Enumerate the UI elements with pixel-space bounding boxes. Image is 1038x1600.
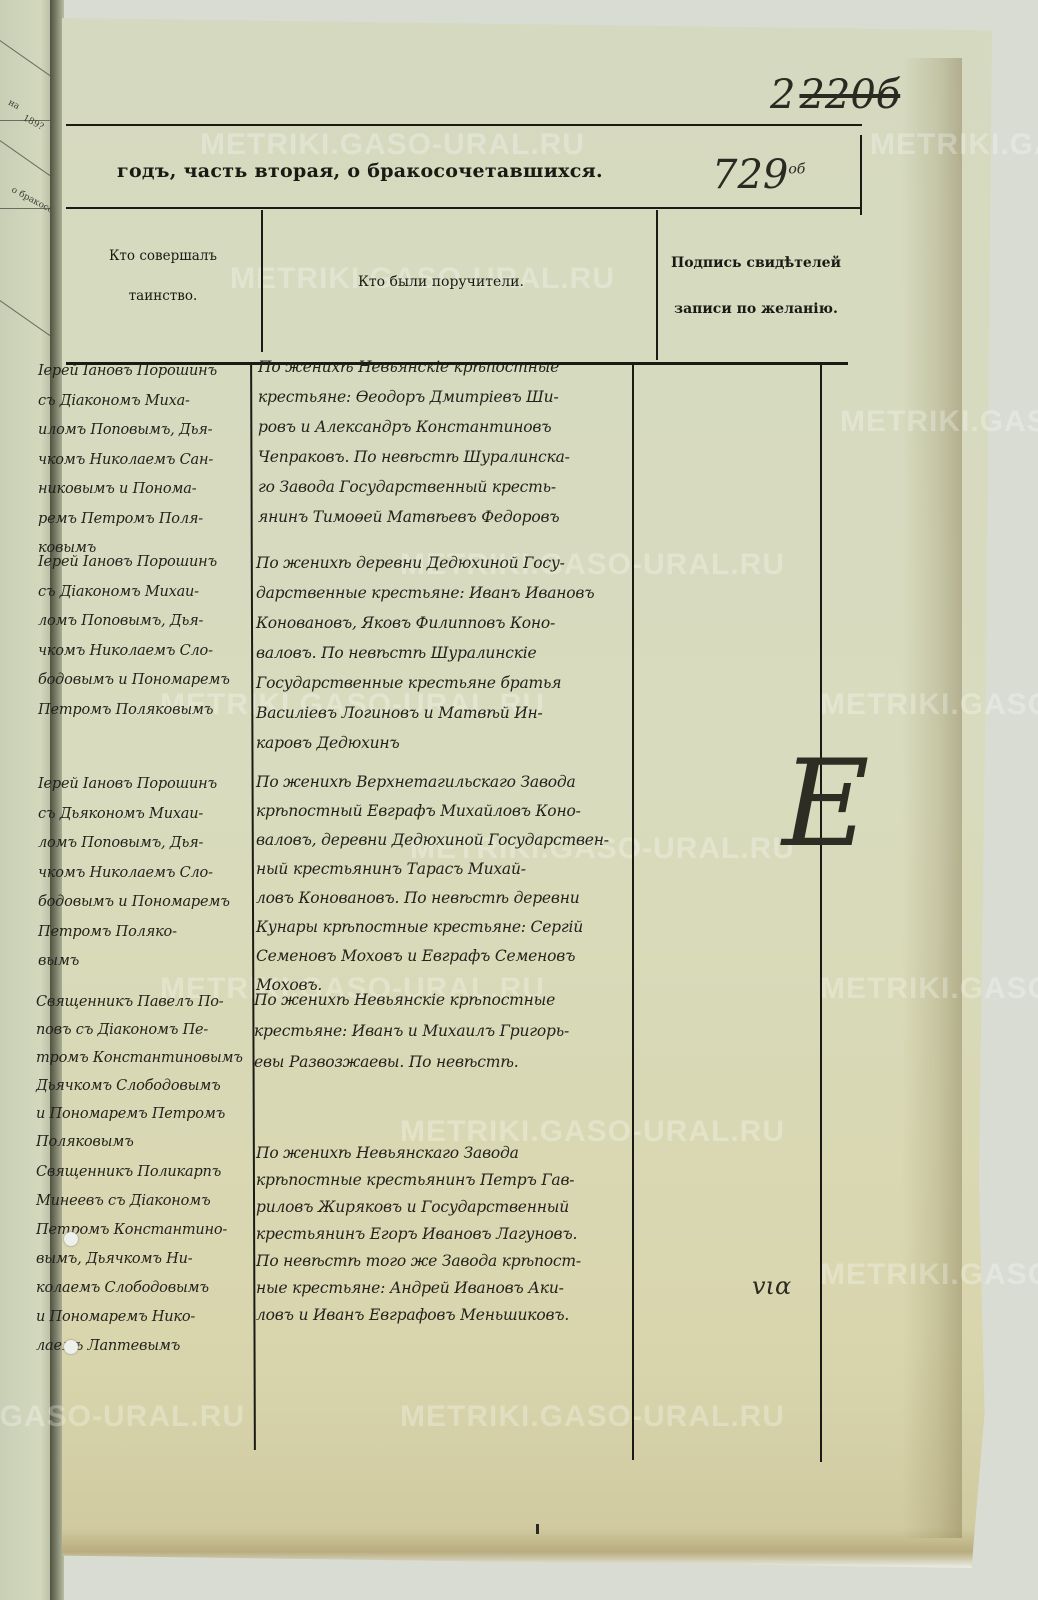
column-divider-2 <box>656 210 658 360</box>
header-title-rule <box>66 207 862 209</box>
text-line: ломъ Поповымъ, Дья- <box>38 829 230 859</box>
text-line: чкомъ Николаемъ Сло- <box>38 859 230 889</box>
folio-number-struck: 220б <box>799 72 900 118</box>
text-line: Дьячкомъ Слободовымъ <box>36 1072 243 1100</box>
watermark: METRIKI.GASO-URAL.RU <box>820 1258 1038 1292</box>
column-header-witness-signature: Подпись свидѣтелей записи по желанію. <box>662 240 850 332</box>
text-line: ные крестьяне: Андрей Ивановъ Аки- <box>256 1275 581 1302</box>
text-line: Поляковымъ <box>36 1128 243 1156</box>
text-line: и Пономаремъ Нико- <box>36 1303 227 1332</box>
text-line: ровъ и Александръ Константиновъ <box>258 412 570 442</box>
text-line: крѣпостный Евграфъ Михайловъ Коно- <box>256 797 609 826</box>
text-line: По женихѣ Невьянскiе крѣпостные <box>258 352 570 382</box>
text-line: По женихѣ Невьянскiе крѣпостные <box>254 985 569 1016</box>
entry-4-sureties: По женихѣ Невьянскiе крѣпостные крестьян… <box>254 985 569 1078</box>
text-line: и Пономаремъ Петромъ <box>36 1100 243 1128</box>
text-line: По женихѣ Верхнетагильскаго Завода <box>256 768 609 797</box>
text-line: повъ съ Дiакономъ Пе- <box>36 1016 243 1044</box>
folio-number: 2220б <box>770 72 900 118</box>
text-line: риловъ Жиряковъ и Государственный <box>256 1194 581 1221</box>
entry-3-witness-signature: Е <box>782 730 870 880</box>
stamp-number-value: 729 <box>712 152 788 198</box>
text-line: евы Развозжаевы. По невѣстѣ. <box>254 1047 569 1078</box>
text-line: Семеновъ Моховъ и Евграфъ Семеновъ <box>256 942 609 971</box>
ink-speck <box>536 1524 539 1534</box>
text-line: дарственные крестьяне: Иванъ Ивановъ <box>256 578 594 608</box>
entry-2-officiant: Iерей Iановъ Порошинъ съ Дiакономъ Михаи… <box>38 548 230 725</box>
text-line: ремъ Петромъ Поля- <box>38 505 217 535</box>
text-line: чкомъ Николаемъ Сло- <box>38 637 230 667</box>
text-line: валовъ. По невѣстѣ Шуралинскiе <box>256 638 594 668</box>
text-line: ловъ и Иванъ Евграфовъ Меньшиковъ. <box>256 1302 581 1329</box>
binding-hole <box>64 1340 78 1354</box>
text-line: чкомъ Николаемъ Сан- <box>38 446 217 476</box>
text-line: го Завода Государственный кресть- <box>258 472 570 502</box>
entry-4-officiant: Священникъ Павелъ По- повъ съ Дiакономъ … <box>36 988 243 1156</box>
text-line: Коновановъ, Яковъ Филипповъ Коно- <box>256 608 594 638</box>
adjacent-page-rule <box>0 40 57 81</box>
text-line: Iерей Iановъ Порошинъ <box>38 548 230 578</box>
adjacent-page-fragment: на <box>6 98 21 112</box>
text-line: вымъ, Дьячкомъ Ни- <box>36 1245 227 1274</box>
text-line: валовъ, деревни Дедюхиной Государствен- <box>256 826 609 855</box>
column-header-line: Подпись свидѣтелей <box>662 240 850 286</box>
column-divider-3-body <box>820 365 822 1462</box>
text-line: съ Дiакономъ Михаи- <box>38 578 230 608</box>
text-line: вымъ <box>38 947 230 977</box>
adjacent-page-rule <box>0 140 57 181</box>
text-line: тромъ Константиновымъ <box>36 1044 243 1072</box>
entry-5-sureties: По женихѣ Невьянскаго Завода крѣпостные … <box>256 1140 581 1329</box>
text-line: Минеевъ съ Дiакономъ <box>36 1187 227 1216</box>
column-divider-2-body <box>632 365 634 1460</box>
page-title: годъ, часть вторая, о бракосочетавшихся. <box>117 160 603 182</box>
watermark: METRIKI.GASO-URAL.RU <box>870 128 1038 162</box>
text-line: Государственные крестьяне братья <box>256 668 594 698</box>
entry-3-sureties: По женихѣ Верхнетагильскаго Завода крѣпо… <box>256 768 609 1000</box>
watermark: METRIKI.GASO-URAL.RU <box>400 1400 785 1434</box>
text-line: По женихѣ Невьянскаго Завода <box>256 1140 581 1167</box>
adjacent-page-rule <box>0 300 57 341</box>
text-line: бодовымъ и Пономаремъ <box>38 666 230 696</box>
column-header-line: таинство. <box>88 276 238 316</box>
table-right-border <box>860 135 862 215</box>
page-edge-stain <box>902 58 962 1538</box>
text-line: Iерей Iановъ Порошинъ <box>38 357 217 387</box>
text-line: Петромъ Поляковымъ <box>38 696 230 726</box>
binding-hole <box>64 1232 78 1246</box>
text-line: ловъ Коновановъ. По невѣстѣ деревни <box>256 884 609 913</box>
adjacent-page-fragment: 189? <box>21 113 45 132</box>
text-line: крестьяне: Иванъ и Михаилъ Григорь- <box>254 1016 569 1047</box>
text-line: крестьяне: Өеодоръ Дмитрiевъ Ши- <box>258 382 570 412</box>
entry-3-officiant: Iерей Iановъ Порошинъ съ Дьякономъ Михаи… <box>38 770 230 977</box>
folio-number-new: 2 <box>770 72 795 118</box>
watermark: METRIKI.GASO-URAL.RU <box>820 688 1038 722</box>
stamp-number: 729об <box>712 152 805 198</box>
watermark: METRIKI.GASO-URAL.RU <box>0 1400 245 1434</box>
text-line: По невѣстѣ того же Завода крѣпост- <box>256 1248 581 1275</box>
entry-1-officiant: Iерей Iановъ Порошинъ съ Дiакономъ Миха-… <box>38 357 217 564</box>
entry-2-sureties: По женихѣ деревни Дедюхиной Госу- дарств… <box>256 548 594 758</box>
column-divider-1 <box>261 210 263 352</box>
table-top-rule <box>66 124 862 126</box>
watermark: METRIKI.GASO-URAL.RU <box>820 972 1038 1006</box>
column-header-sureties: Кто были поручители. <box>358 274 524 290</box>
column-header-line: Кто совершалъ <box>88 236 238 276</box>
watermark: METRIKI.GASO-URAL.RU <box>840 405 1038 439</box>
text-line: ный крестьянинъ Тарасъ Михай- <box>256 855 609 884</box>
text-line: Священникъ Павелъ По- <box>36 988 243 1016</box>
text-line: Священникъ Поликарпъ <box>36 1158 227 1187</box>
text-line: никовымъ и Понома- <box>38 475 217 505</box>
text-line: Чепраковъ. По невѣстѣ Шуралинска- <box>258 442 570 472</box>
entry-1-sureties: По женихѣ Невьянскiе крѣпостные крестьян… <box>258 352 570 532</box>
text-line: Iерей Iановъ Порошинъ <box>38 770 230 800</box>
column-header-officiant: Кто совершалъ таинство. <box>88 236 238 316</box>
text-line: Петромъ Поляко- <box>38 918 230 948</box>
text-line: съ Дiакономъ Миха- <box>38 387 217 417</box>
entry-5-witness-signature: vια <box>752 1272 791 1300</box>
text-line: съ Дьякономъ Михаи- <box>38 800 230 830</box>
entry-5-officiant: Священникъ Поликарпъ Минеевъ съ Дiаконом… <box>36 1158 227 1361</box>
text-line: крестьянинъ Егоръ Ивановъ Лагуновъ. <box>256 1221 581 1248</box>
text-line: колаемъ Слободовымъ <box>36 1274 227 1303</box>
text-line: По женихѣ деревни Дедюхиной Госу- <box>256 548 594 578</box>
text-line: крѣпостные крестьянинъ Петръ Гав- <box>256 1167 581 1194</box>
watermark: METRIKI.GASO-URAL.RU <box>200 128 585 162</box>
text-line: янинъ Тимоөей Матвѣевъ Федоровъ <box>258 502 570 532</box>
column-header-line: записи по желанію. <box>662 286 850 332</box>
text-line: Василiевъ Логиновъ и Матвѣй Ин- <box>256 698 594 728</box>
torn-bottom-edge <box>62 1528 992 1568</box>
stamp-number-suffix: об <box>788 162 805 178</box>
text-line: каровъ Дедюхинъ <box>256 728 594 758</box>
text-line: ломъ Поповымъ, Дья- <box>38 607 230 637</box>
text-line: Кунары крѣпостные крестьяне: Сергiй <box>256 913 609 942</box>
text-line: бодовымъ и Пономаремъ <box>38 888 230 918</box>
text-line: иломъ Поповымъ, Дья- <box>38 416 217 446</box>
